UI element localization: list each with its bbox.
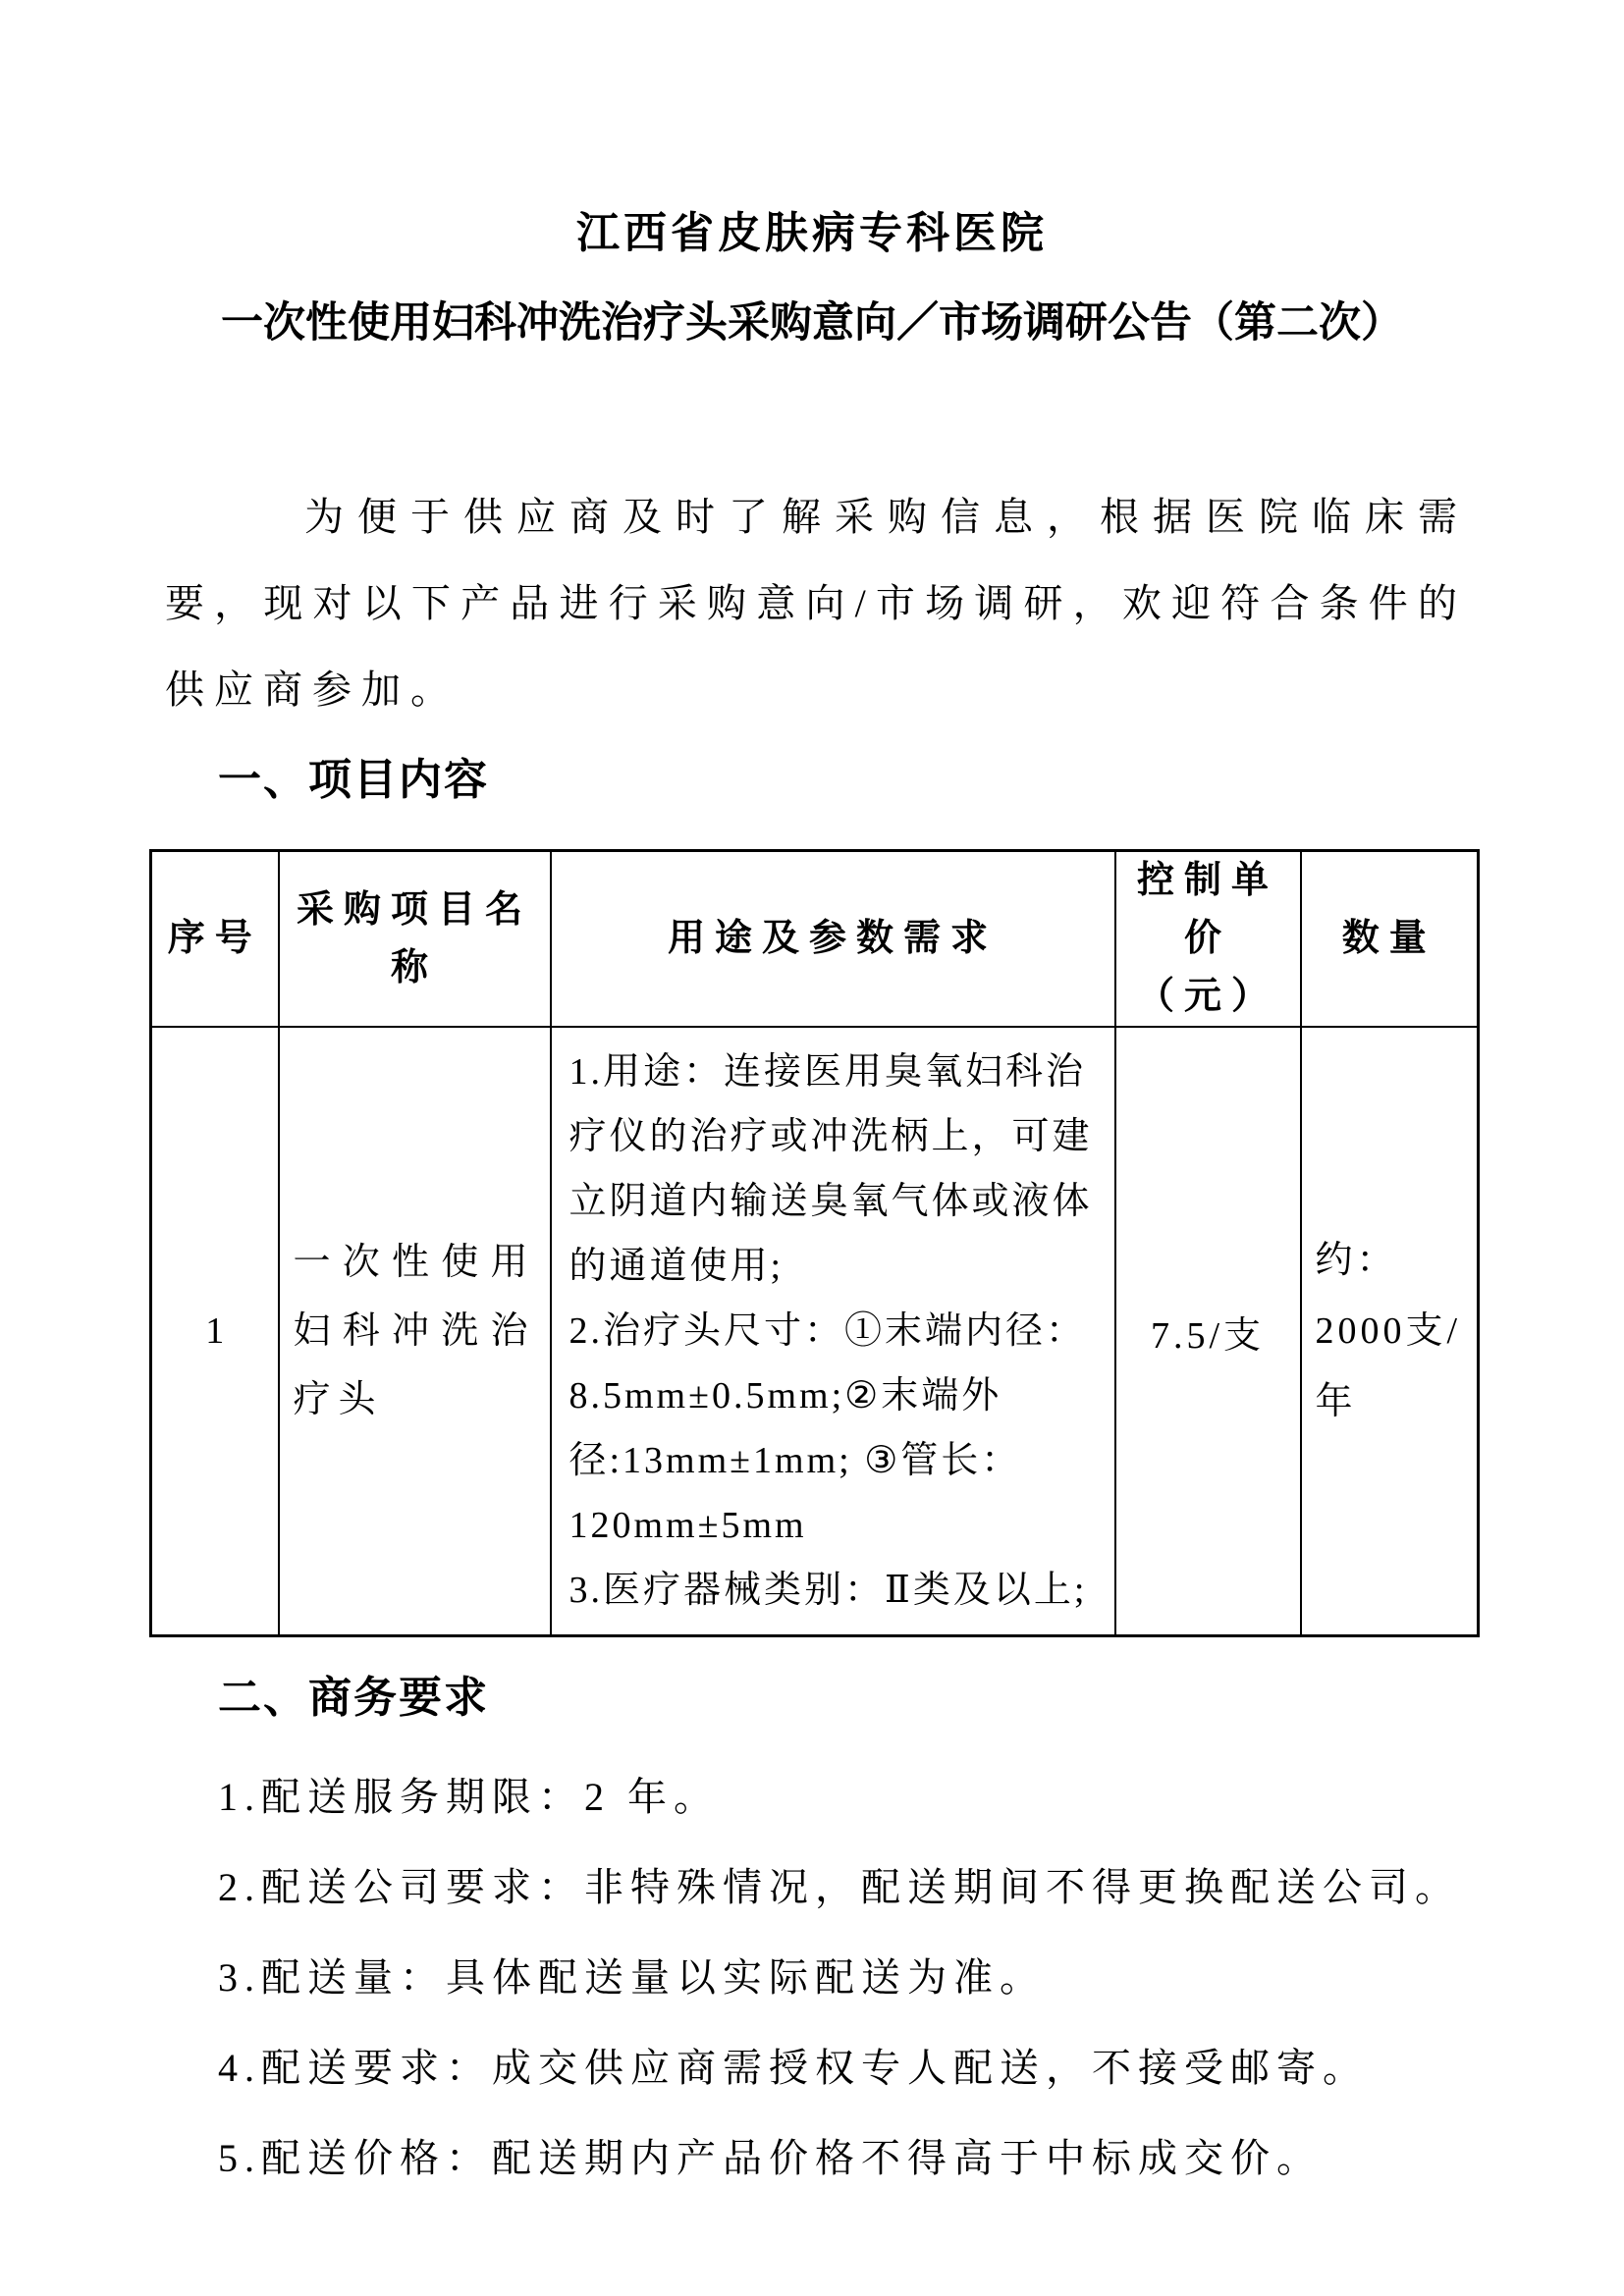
list-item-4: 4.配送要求：成交供应商需授权专人配送，不接受邮寄。 (149, 2023, 1475, 2113)
section-2-heading: 二、商务要求 (149, 1673, 1475, 1725)
cell-item-name: 一次性使用妇科冲洗治疗头 (279, 1027, 551, 1636)
list-item-2: 2.配送公司要求：非特殊情况，配送期间不得更换配送公司。 (149, 1842, 1475, 1933)
header-unit-price-line2: （元） (1120, 968, 1296, 1026)
header-unit-price-line1: 控制单价 (1120, 852, 1296, 968)
document-title-line1: 江西省皮肤病专科医院 (149, 208, 1475, 260)
spec-line-2: 2.治疗头尺寸：①末端内径：8.5mm±0.5mm;②末端外径:13mm±1mm… (569, 1299, 1097, 1558)
cell-specs: 1.用途：连接医用臭氧妇科治疗仪的治疗或冲洗柄上，可建立阴道内输送臭氧气体或液体… (551, 1027, 1115, 1636)
list-item-5: 5.配送价格：配送期内产品价格不得高于中标成交价。 (149, 2113, 1475, 2204)
section-1-heading: 一、项目内容 (149, 755, 1475, 807)
document-title-line2: 一次性使用妇科冲洗治疗头采购意向／市场调研公告（第二次） (149, 297, 1475, 350)
document-page: 江西省皮肤病专科医院 一次性使用妇科冲洗治疗头采购意向／市场调研公告（第二次） … (0, 0, 1624, 2296)
table-row: 1 一次性使用妇科冲洗治疗头 1.用途：连接医用臭氧妇科治疗仪的治疗或冲洗柄上，… (151, 1027, 1479, 1636)
header-cell-serial: 序号 (151, 851, 279, 1027)
list-item-1: 1.配送服务期限：2 年。 (149, 1752, 1475, 1842)
intro-paragraph: 为便于供应商及时了解采购信息，根据医院临床需要，现对以下产品进行采购意向/市场调… (149, 474, 1475, 733)
header-cell-quantity: 数量 (1301, 851, 1479, 1027)
table-header-row: 序号 采购项目名称 用途及参数需求 控制单价 （元） 数量 (151, 851, 1479, 1027)
project-items-table: 序号 采购项目名称 用途及参数需求 控制单价 （元） 数量 1 一次性使用妇科冲… (149, 849, 1480, 1637)
header-cell-specs: 用途及参数需求 (551, 851, 1115, 1027)
cell-serial: 1 (151, 1027, 279, 1636)
business-requirements-list: 1.配送服务期限：2 年。 2.配送公司要求：非特殊情况，配送期间不得更换配送公… (149, 1752, 1475, 2204)
header-cell-unit-price: 控制单价 （元） (1115, 851, 1301, 1027)
cell-unit-price: 7.5/支 (1115, 1027, 1301, 1636)
spec-line-1: 1.用途：连接医用臭氧妇科治疗仪的治疗或冲洗柄上，可建立阴道内输送臭氧气体或液体… (569, 1040, 1097, 1299)
header-cell-name: 采购项目名称 (279, 851, 551, 1027)
spec-line-3: 3.医疗器械类别：Ⅱ类及以上; (569, 1558, 1097, 1623)
list-item-3: 3.配送量：具体配送量以实际配送为准。 (149, 1933, 1475, 2023)
cell-quantity: 约：2000支/年 (1301, 1027, 1479, 1636)
